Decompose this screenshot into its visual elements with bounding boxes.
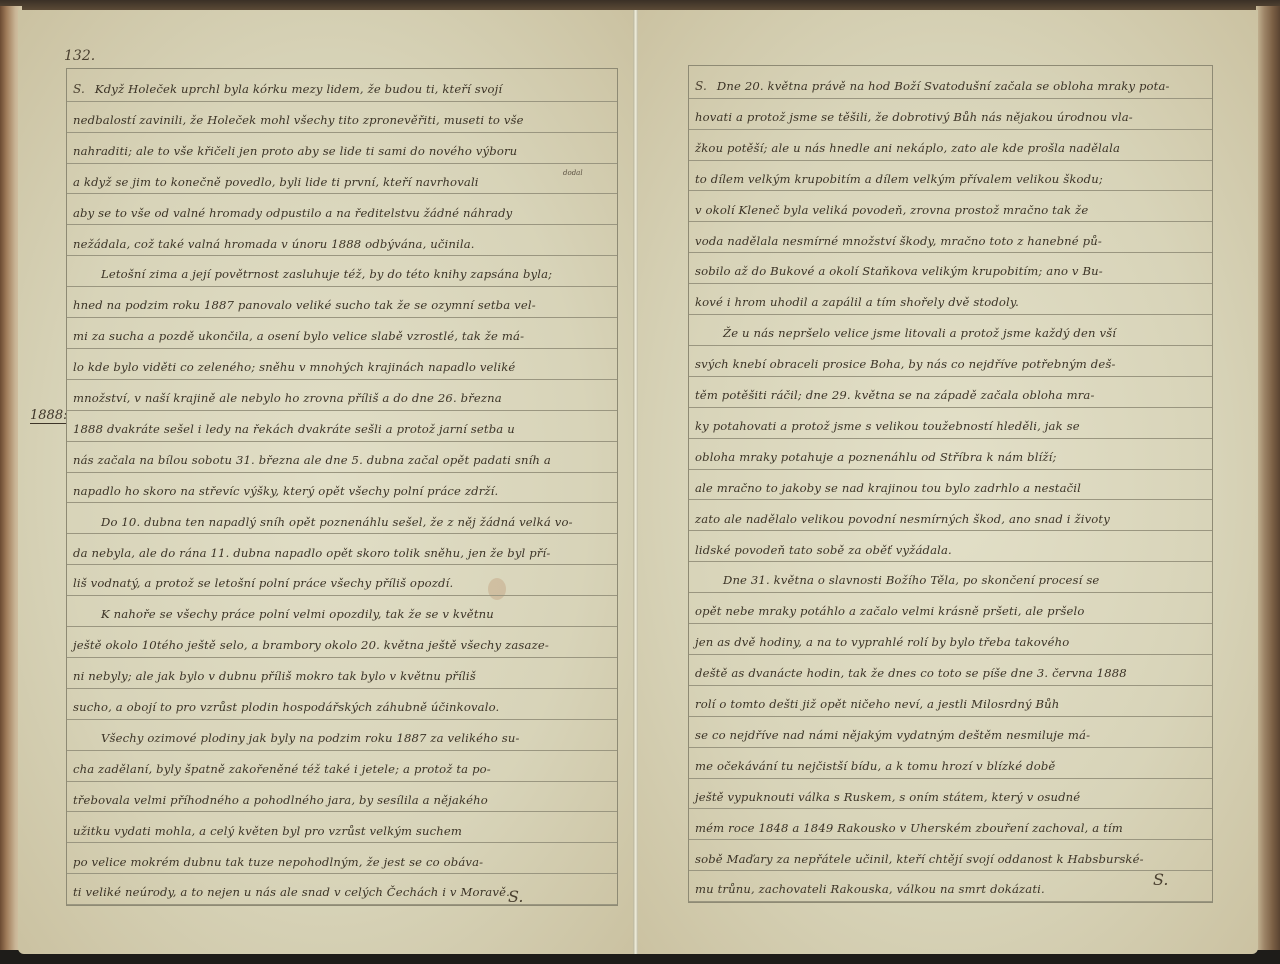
text-line-content: těm potěšiti ráčil; dne 29. května se na… <box>695 388 1095 402</box>
text-line-content: mém roce 1848 a 1849 Rakousko v Uherském… <box>695 821 1123 835</box>
text-line: nahraditi; ale to vše křičeli jen proto … <box>67 131 617 164</box>
text-line-content: se co nejdříve nad námi nějakým vydatným… <box>695 728 1090 742</box>
text-line-content: da nebyla, ale do rána 11. dubna napadlo… <box>73 546 550 560</box>
text-line: nedbalostí zavinili, že Holeček mohl vše… <box>67 100 617 133</box>
section-mark: S. <box>73 82 85 96</box>
text-line: sobě Maďary za nepřátele učinil, kteří c… <box>689 839 1212 872</box>
text-line: deště as dvanácte hodin, tak že dnes co … <box>689 653 1212 686</box>
text-line: rolí o tomto dešti již opět ničeho neví,… <box>689 684 1212 717</box>
text-line: S.Dne 20. května právě na hod Boží Svato… <box>689 66 1212 99</box>
text-line: obloha mraky potahuje a poznenáhlu od St… <box>689 437 1212 470</box>
text-line-content: ky potahovati a protož jsme s velikou to… <box>695 419 1080 433</box>
text-line: ještě vypuknouti válka s Ruskem, s oním … <box>689 777 1212 810</box>
text-line-content: lidské povodeň tato sobě za oběť vyžádal… <box>695 543 952 557</box>
text-line: nežádala, což také valná hromada v únoru… <box>67 224 617 257</box>
text-line: voda nadělala nesmírné množství škody, m… <box>689 221 1212 254</box>
text-line-content: v okolí Kleneč byla veliká povodeň, zrov… <box>695 203 1088 217</box>
text-line-content: svých knebí obraceli prosice Boha, by ná… <box>695 357 1116 371</box>
text-line-content: žkou potěší; ale u nás hnedle ani nekápl… <box>695 141 1120 155</box>
text-line: užitku vydati mohla, a celý květen byl p… <box>67 811 617 844</box>
text-line: v okolí Kleneč byla veliká povodeň, zrov… <box>689 190 1212 223</box>
text-line: lidské povodeň tato sobě za oběť vyžádal… <box>689 530 1212 563</box>
text-line-content: hned na podzim roku 1887 panovalo veliké… <box>73 298 536 312</box>
text-line: S.Když Holeček uprchl byla kórku mezy li… <box>67 69 617 102</box>
text-line: nás začala na bílou sobotu 31. března al… <box>67 440 617 473</box>
section-signature: S. <box>1153 870 1168 889</box>
text-line: liš vodnatý, a protož se letošní polní p… <box>67 563 617 596</box>
text-line: da nebyla, ale do rána 11. dubna napadlo… <box>67 533 617 566</box>
text-line: opět nebe mraky potáhlo a začalo velmi k… <box>689 591 1212 624</box>
text-line: 1888 dvakráte sešel i ledy na řekách dva… <box>67 409 617 442</box>
text-line: se co nejdříve nad námi nějakým vydatným… <box>689 715 1212 748</box>
text-line: jen as dvě hodiny, a na to vyprahlé rolí… <box>689 622 1212 655</box>
text-line-content: deště as dvanácte hodin, tak že dnes co … <box>695 666 1127 680</box>
text-line: těm potěšiti ráčil; dne 29. května se na… <box>689 375 1212 408</box>
text-line-content: třebovala velmi příhodného a pohodlného … <box>73 793 488 807</box>
section-mark: S. <box>695 79 707 93</box>
text-line-content: ještě vypuknouti válka s Ruskem, s oním … <box>695 790 1080 804</box>
text-line-content: me očekávání tu nejčistší bídu, a k tomu… <box>695 759 1055 773</box>
text-line: a když se jim to konečně povedlo, byli l… <box>67 162 617 195</box>
text-line: množství, v naší krajině ale nebylo ho z… <box>67 378 617 411</box>
text-line-content: ni nebyly; ale jak bylo v dubnu příliš m… <box>73 669 476 683</box>
text-line-content: opět nebe mraky potáhlo a začalo velmi k… <box>695 604 1085 618</box>
ruled-text-frame: S.Dne 20. května právě na hod Boží Svato… <box>688 65 1213 903</box>
text-line-content: rolí o tomto dešti již opět ničeho neví,… <box>695 697 1059 711</box>
margin-year-note: 1888: <box>30 408 67 424</box>
text-line: hovati a protož jsme se těšili, že dobro… <box>689 97 1212 130</box>
text-line: ale mračno to jakoby se nad krajinou tou… <box>689 468 1212 501</box>
text-line-content: zato ale nadělalo velikou povodní nesmír… <box>695 512 1110 526</box>
right-page: S.Dne 20. května právě na hod Boží Svato… <box>638 10 1258 954</box>
book-cover-top-edge <box>0 0 1280 10</box>
book-right-page-stack <box>1256 6 1280 954</box>
text-line-content: Dne 20. května právě na hod Boží Svatodu… <box>717 79 1170 93</box>
text-line: Do 10. dubna ten napadlý sníh opět pozne… <box>67 502 617 535</box>
text-line: sobilo až do Bukové a okolí Staňkova vel… <box>689 251 1212 284</box>
text-line-content: lo kde bylo viděti co zeleného; sněhu v … <box>73 360 515 374</box>
text-line-content: užitku vydati mohla, a celý květen byl p… <box>73 824 462 838</box>
text-line: hned na podzim roku 1887 panovalo veliké… <box>67 285 617 318</box>
text-line-content: po velice mokrém dubnu tak tuze nepohodl… <box>73 855 483 869</box>
text-line-content: voda nadělala nesmírné množství škody, m… <box>695 234 1102 248</box>
text-line: Dne 31. května o slavnosti Božího Těla, … <box>689 560 1212 593</box>
text-line-content: Když Holeček uprchl byla kórku mezy lide… <box>95 82 502 96</box>
text-line: K nahoře se všechy práce polní velmi opo… <box>67 594 617 627</box>
text-line: napadlo ho skoro na střevíc výšky, který… <box>67 471 617 504</box>
text-line: mi za sucha a pozdě ukončila, a osení by… <box>67 316 617 349</box>
text-line-content: ti veliké neúrody, a to nejen u nás ale … <box>73 885 510 899</box>
text-line: mém roce 1848 a 1849 Rakousko v Uherském… <box>689 808 1212 841</box>
text-line: sucho, a obojí to pro vzrůst plodin hosp… <box>67 687 617 720</box>
text-line-content: ještě okolo 10tého ještě selo, a brambor… <box>73 638 549 652</box>
text-line-content: sobilo až do Bukové a okolí Staňkova vel… <box>695 264 1103 278</box>
text-line: aby se to vše od valné hromady odpustilo… <box>67 193 617 226</box>
text-line-content: sucho, a obojí to pro vzrůst plodin hosp… <box>73 700 499 714</box>
text-line-content: nedbalostí zavinili, že Holeček mohl vše… <box>73 113 524 127</box>
text-line-content: Dne 31. května o slavnosti Božího Těla, … <box>723 573 1099 587</box>
text-line-content: to dílem velkým krupobitím a dílem velký… <box>695 172 1103 186</box>
text-line: zato ale nadělalo velikou povodní nesmír… <box>689 499 1212 532</box>
text-line: ky potahovati a protož jsme s velikou to… <box>689 406 1212 439</box>
text-line: svých knebí obraceli prosice Boha, by ná… <box>689 344 1212 377</box>
superscript-correction: dodal <box>563 169 583 177</box>
ruled-text-frame: S.Když Holeček uprchl byla kórku mezy li… <box>66 68 618 906</box>
text-line-content: K nahoře se všechy práce polní velmi opo… <box>101 607 494 621</box>
text-line: me očekávání tu nejčistší bídu, a k tomu… <box>689 746 1212 779</box>
text-line: Všechy ozimové plodiny jak byly na podzi… <box>67 718 617 751</box>
left-page: 132. 1888: S.Když Holeček uprchl byla kó… <box>18 10 636 954</box>
text-line-content: nahraditi; ale to vše křičeli jen proto … <box>73 144 517 158</box>
text-line-content: množství, v naší krajině ale nebylo ho z… <box>73 391 502 405</box>
text-line-content: aby se to vše od valné hromady odpustilo… <box>73 206 512 220</box>
text-line: ni nebyly; ale jak bylo v dubnu příliš m… <box>67 656 617 689</box>
text-line-content: sobě Maďary za nepřátele učinil, kteří c… <box>695 852 1144 866</box>
text-line-content: nás začala na bílou sobotu 31. března al… <box>73 453 551 467</box>
text-line-content: cha zadělaní, byly špatně zakořeněné též… <box>73 762 491 776</box>
text-line-content: 1888 dvakráte sešel i ledy na řekách dva… <box>73 422 515 436</box>
text-line-content: hovati a protož jsme se těšili, že dobro… <box>695 110 1133 124</box>
text-line-content: liš vodnatý, a protož se letošní polní p… <box>73 576 453 590</box>
text-line: ještě okolo 10tého ještě selo, a brambor… <box>67 625 617 658</box>
text-line: Že u nás nepršelo velice jsme litovali a… <box>689 313 1212 346</box>
text-line: to dílem velkým krupobitím a dílem velký… <box>689 159 1212 192</box>
page-number: 132. <box>64 48 95 64</box>
text-line-content: obloha mraky potahuje a poznenáhlu od St… <box>695 450 1057 464</box>
text-line-content: Všechy ozimové plodiny jak byly na podzi… <box>101 731 520 745</box>
text-line-content: mi za sucha a pozdě ukončila, a osení by… <box>73 329 524 343</box>
text-line: třebovala velmi příhodného a pohodlného … <box>67 780 617 813</box>
text-line-content: nežádala, což také valná hromada v únoru… <box>73 237 475 251</box>
text-line: cha zadělaní, byly špatně zakořeněné též… <box>67 749 617 782</box>
text-line: mu trůnu, zachovateli Rakouska, válkou n… <box>689 869 1212 902</box>
text-line: ti veliké neúrody, a to nejen u nás ale … <box>67 872 617 905</box>
text-line: kové i hrom uhodil a zapálil a tím shoře… <box>689 282 1212 315</box>
text-line-content: Letošní zima a její povětrnost zasluhuje… <box>101 267 552 281</box>
text-line: lo kde bylo viděti co zeleného; sněhu v … <box>67 347 617 380</box>
text-line-content: mu trůnu, zachovateli Rakouska, válkou n… <box>695 882 1045 896</box>
text-line-content: Do 10. dubna ten napadlý sníh opět pozne… <box>101 515 573 529</box>
text-line-content: ale mračno to jakoby se nad krajinou tou… <box>695 481 1081 495</box>
text-line: Letošní zima a její povětrnost zasluhuje… <box>67 254 617 287</box>
section-signature: S. <box>508 887 523 906</box>
text-line-content: kové i hrom uhodil a zapálil a tím shoře… <box>695 295 1019 309</box>
text-line-content: jen as dvě hodiny, a na to vyprahlé rolí… <box>695 635 1069 649</box>
text-line: žkou potěší; ale u nás hnedle ani nekápl… <box>689 128 1212 161</box>
text-line: po velice mokrém dubnu tak tuze nepohodl… <box>67 842 617 875</box>
text-line-content: napadlo ho skoro na střevíc výšky, který… <box>73 484 498 498</box>
text-line-content: Že u nás nepršelo velice jsme litovali a… <box>723 326 1116 340</box>
text-line-content: a když se jim to konečně povedlo, byli l… <box>73 175 479 189</box>
